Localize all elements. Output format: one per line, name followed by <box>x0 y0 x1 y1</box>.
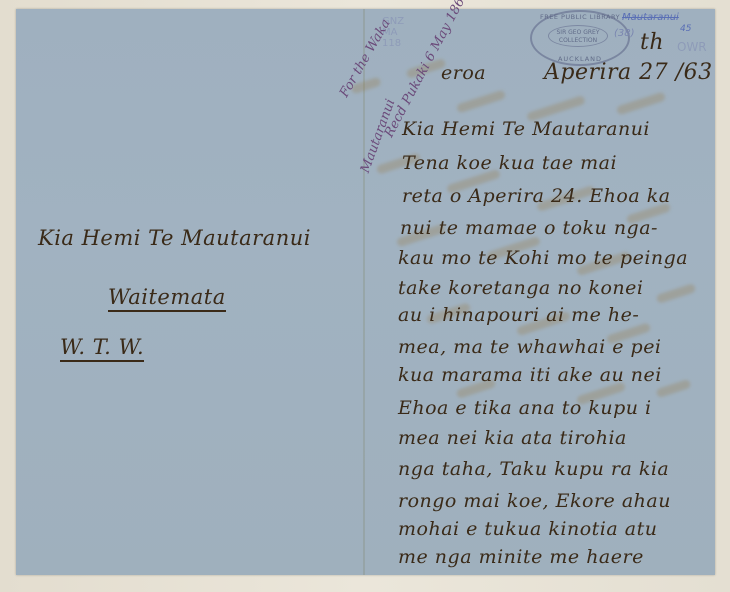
letter-line: nga taha, Taku kupu ra kia <box>398 458 669 480</box>
stamp-number: (38) <box>614 28 635 39</box>
blue-ink-number: 45 <box>680 24 691 34</box>
letter-line: Ehoa e tika ana to kupu i <box>398 397 652 419</box>
letter-line: kua marama iti ake au nei <box>398 364 662 386</box>
letter-salutation: Kia Hemi Te Mautaranui <box>402 118 650 140</box>
letter-line: au i hinapouri ai me he- <box>398 304 639 326</box>
letter-line: kau mo te Kohi mo te peinga <box>398 247 688 269</box>
stamp-top-text: FREE PUBLIC LIBRARY <box>532 13 628 21</box>
letter-line: mea, ma te whawhai e pei <box>398 336 662 358</box>
blue-ink-scrawl: Mautaranui <box>622 12 679 23</box>
address-place: Waitemata <box>108 285 226 312</box>
letter-line: me nga minite me haere <box>398 546 644 568</box>
letter-date: Aperira 27 /63 <box>544 60 713 85</box>
letter-line: take koretanga no konei <box>398 277 644 299</box>
letter-line: nui te mamae o toku nga- <box>400 217 658 239</box>
ink-bleed-mark <box>616 91 666 115</box>
letter-line: mea nei kia ata tirohia <box>398 427 627 449</box>
letter-place: eroa <box>441 62 486 84</box>
ink-bleed-mark <box>456 89 506 113</box>
date-superscript: th <box>640 30 664 55</box>
stamp-center-text: SIR GEO GREY COLLECTION <box>548 25 608 47</box>
recipient-address: Kia Hemi Te Mautaranui <box>38 226 311 250</box>
letter-line: mohai e tukua kinotia atu <box>398 518 657 540</box>
letter-line: Tena koe kua tae mai <box>402 152 617 174</box>
letter-line: reta o Aperira 24. Ehoa ka <box>402 185 671 207</box>
stamp-center-label: SIR GEO GREY COLLECTION <box>557 29 600 44</box>
letter-line: rongo mai koe, Ekore ahau <box>398 490 671 512</box>
ink-bleed-mark <box>656 283 697 304</box>
sender-initials: W. T. W. <box>60 335 144 362</box>
center-fold-crease <box>363 9 365 575</box>
pencil-code: OWR <box>677 42 707 53</box>
